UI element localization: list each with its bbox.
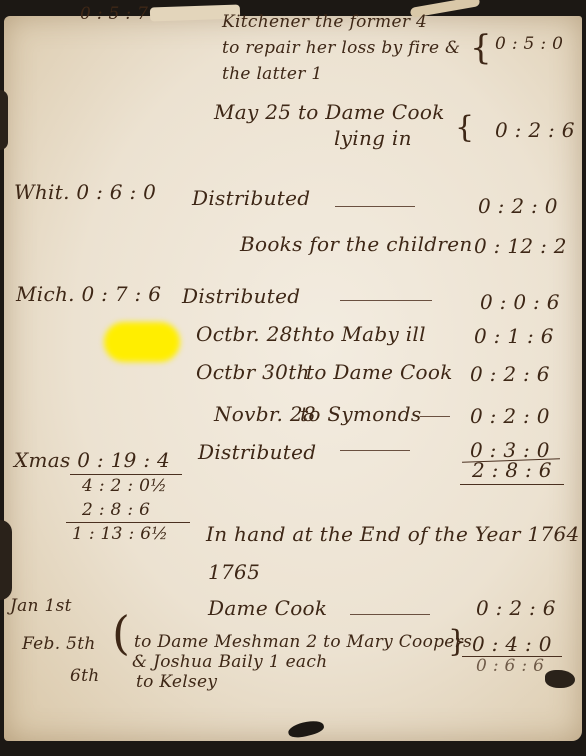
entry-amount: 0 : 2 : 6 (476, 596, 556, 620)
sum-rule (66, 522, 190, 523)
leader-line (340, 300, 432, 301)
in-hand-text: In hand at the End of the Year 1764 (206, 522, 580, 546)
distributed-label: Distributed (182, 284, 300, 308)
mich-item-text: to Dame Cook (306, 360, 453, 384)
leader-line (350, 614, 430, 615)
entry-line: & Joshua Baily 1 each (132, 652, 327, 672)
entry-date: Feb. 5th (22, 634, 96, 654)
brace: { (455, 110, 474, 145)
quarter-label-whit: Whit. 0 : 6 : 0 (14, 180, 156, 204)
page-damage (0, 90, 8, 150)
yellow-highlight-annotation (104, 322, 180, 362)
entry-amount: 0 : 2 : 0 (478, 194, 558, 218)
entry-line: the latter 1 (222, 64, 323, 84)
mich-item-date: Octbr. 28th (196, 322, 314, 346)
mich-item-text: to Symonds (300, 402, 421, 426)
entry-line: to Kelsey (136, 672, 217, 692)
entry-amount: 0 : 0 : 6 (480, 290, 560, 314)
calc-total-receipts: 4 : 2 : 0½ (82, 476, 167, 496)
leader-line (420, 416, 450, 417)
entry-line: to Dame Meshman 2 to Mary Coopers (134, 632, 472, 652)
brace: } (448, 624, 467, 659)
year-heading-1765: 1765 (208, 560, 260, 584)
sum-rule (460, 484, 564, 485)
ink-blot (545, 670, 575, 688)
entry-amount: 0 : 2 : 6 (495, 118, 575, 142)
entry-amount: 0 : 2 : 6 (470, 362, 550, 386)
entry-date: Jan 1st (10, 596, 72, 616)
entry-line: May 25 to Dame Cook (214, 100, 445, 124)
page-damage (0, 520, 12, 600)
entry-line: Kitchener the former 4 (222, 12, 427, 32)
distributed-label: Distributed (192, 186, 310, 210)
leader-line (340, 450, 410, 451)
quarter-label-mich: Mich. 0 : 7 : 6 (16, 282, 161, 306)
brace: { (470, 28, 492, 68)
entry-line: Dame Cook (208, 596, 327, 620)
entry-line: Books for the children (240, 232, 473, 256)
entry-amount: 0 : 2 : 0 (470, 404, 550, 428)
column-total: 2 : 8 : 6 (472, 458, 552, 482)
calc-balance: 1 : 13 : 6½ (72, 524, 168, 544)
calc-disbursed: 2 : 8 : 6 (82, 500, 150, 520)
entry-amount: 0 : 12 : 2 (474, 234, 567, 258)
brace: ( (112, 606, 130, 660)
entry-date: 6th (70, 666, 100, 686)
mich-item-date: Octbr 30th (196, 360, 310, 384)
quarter-label-xmas: Xmas 0 : 19 : 4 (14, 448, 170, 472)
entry-amount: 0 : 6 : 6 (476, 656, 544, 676)
mich-item-text: to Maby ill (314, 322, 426, 346)
sum-rule (70, 474, 182, 475)
entry-line: to repair her loss by fire & (222, 38, 460, 58)
entry-amount: 0 : 1 : 6 (474, 324, 554, 348)
distributed-label: Distributed (198, 440, 316, 464)
leader-line (335, 206, 415, 207)
entry-amount: 0 : 5 : 0 (495, 34, 563, 54)
top-left-amount: 0 : 5 : 7 (80, 4, 148, 24)
entry-line: lying in (334, 126, 412, 150)
entry-amount: 0 : 4 : 0 (472, 632, 552, 656)
